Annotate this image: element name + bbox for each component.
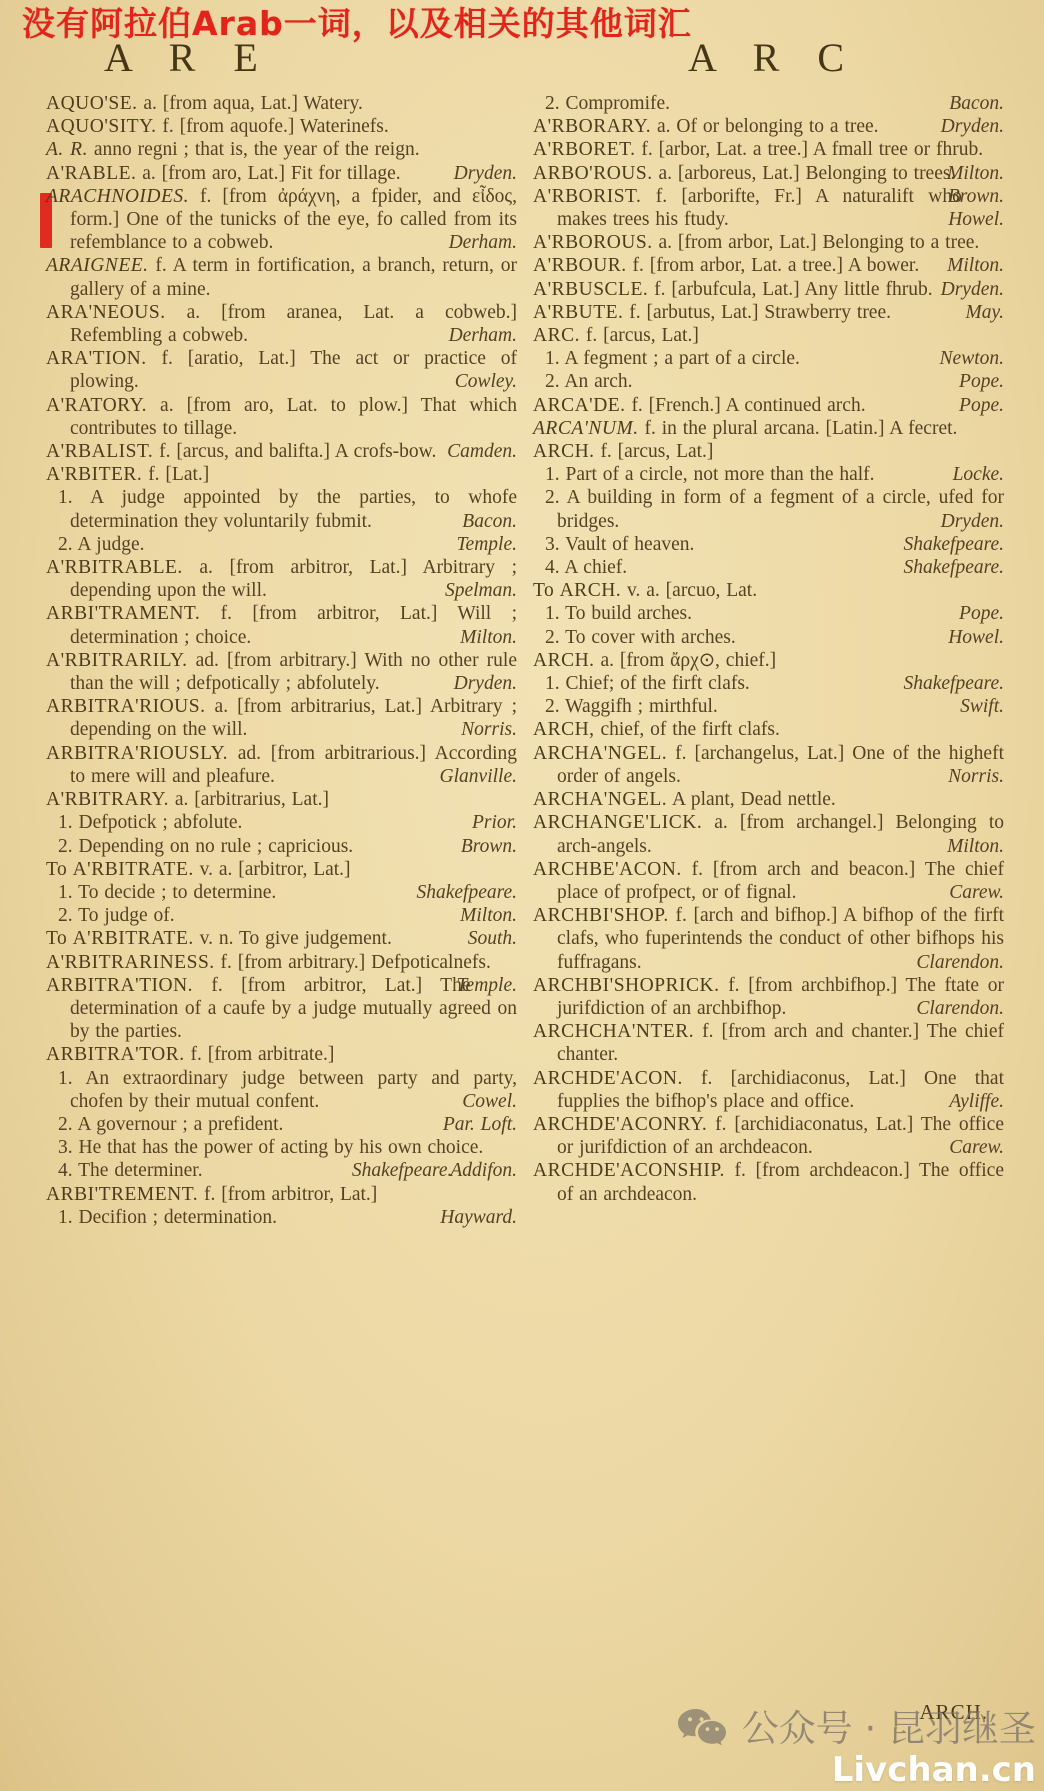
entry-lead: ARCHDE'ACONRY. f. [archidiaconatus, Lat.… [533,1113,1004,1159]
headword: A'RBORIST. [533,186,641,207]
entry-sense: 1. An extraordinary judge between party … [46,1067,517,1113]
headword: A. R. [46,139,88,160]
text-columns: AQUO'SE. a. [from aqua, Lat.] Watery.AQU… [0,92,1044,1229]
entry-lead: ARBITRA'TOR. f. [from arbitrate.] [46,1043,517,1066]
entry-sense: 4. A chief.Shakefpeare. [533,556,1004,579]
entry-lead: A'RBITRABLE. a. [from arbitror, Lat.] Ar… [46,556,517,602]
headword: ARCHBE'ACON. [533,859,682,880]
entry-lead: A'RBUSCLE. f. [arbufcula, Lat.] Any litt… [533,278,1004,301]
author-citation: Milton. [961,162,1004,185]
dictionary-entry: A'RBORIST. f. [arborifte, Fr.] A natural… [533,185,1004,231]
right-column-header: A R C [688,34,858,81]
entry-lead: A'RBOROUS. a. [from arbor, Lat.] Belongi… [533,231,1004,254]
headword: A'RBORARY. [533,116,651,137]
entry-sense: 1. To build arches.Pope. [533,602,1004,625]
dictionary-entry: ARBI'TREMENT. f. [from arbitror, Lat.]1.… [46,1183,517,1229]
entry-sense: 1. A fegment ; a part of a circle.Newton… [533,347,1004,370]
dictionary-entry: ARCHDE'ACON. f. [archidiaconus, Lat.] On… [533,1067,1004,1113]
entry-lead: A'RBORARY. a. Of or belonging to a tree.… [533,115,1004,138]
entry-sense: 2. To judge of.Milton. [46,904,517,927]
author-citation: Par. Loft. [445,1113,517,1136]
headword: A'RABLE. [46,163,136,184]
entry-lead: ARCHA'NGEL. A plant, Dead nettle. [533,788,1004,811]
watermark-account: 公众号 · 昆羽继圣 [742,1710,1036,1749]
entry-lead: A'RATORY. a. [from aro, Lat. to plow.] T… [46,394,517,440]
dictionary-entry: AQUO'SITY. f. [from aquofe.] Waterinefs. [46,115,517,138]
headword: ARCHCHA'NTER. [533,1021,694,1042]
author-citation: Dryden. [955,115,1004,138]
dictionary-entry: To A'RBITRATE. v. n. To give judgement.S… [46,927,517,950]
headword: To ARCH. [533,580,621,601]
author-citation: Dryden. [468,672,517,695]
headword: ARBITRA'RIOUSLY. [46,743,228,764]
dictionary-entry: ARCHA'NGEL. f. [archangelus, Lat.] One o… [533,742,1004,788]
headword: ARCHBI'SHOPRICK. [533,975,720,996]
author-citation: Dryden. [468,162,517,185]
author-citation: Brown. [962,185,1004,208]
dictionary-entry: ARCHDE'ACONRY. f. [archidiaconatus, Lat.… [533,1113,1004,1159]
dictionary-entry: A'RBITRARILY. ad. [from arbitrary.] With… [46,649,517,695]
headword: ARCA'NUM. [533,418,639,439]
entry-lead: ARA'TION. f. [aratio, Lat.] The act or p… [46,347,517,393]
author-citation: Clarendon. [930,951,1004,974]
entry-lead: ARCHDE'ACONSHIP. f. [from archdeacon.] T… [533,1159,1004,1205]
author-citation: Milton. [474,626,517,649]
right-column: 2. Compromife.Bacon.A'RBORARY. a. Of or … [533,92,1004,1229]
dictionary-entry: ARBI'TRAMENT. f. [from arbitror, Lat.] W… [46,602,517,648]
entry-sense: 1. To decide ; to determine.Shakefpeare. [46,881,517,904]
entry-sense: 2. Depending on no rule ; capricious.Bro… [46,835,517,858]
dictionary-entry: ARAIGNEE. f. A term in fortification, a … [46,254,517,300]
entry-lead: A'RBORIST. f. [arborifte, Fr.] A natural… [533,185,1004,231]
dictionary-entry: A'RBUSCLE. f. [arbufcula, Lat.] Any litt… [533,278,1004,301]
headword: A'RBOROUS. [533,232,653,253]
entry-lead: A'RBUTE. f. [arbutus, Lat.] Strawberry t… [533,301,1004,324]
headword: ARCH. [533,441,595,462]
entry-lead: ARCH. f. [arcus, Lat.] [533,440,1004,463]
entry-lead: A'RBITRARINESS. f. [from arbitrary.] Def… [46,951,517,974]
headword: A'RBUTE. [533,302,623,323]
entry-lead: ARCHBI'SHOP. f. [arch and bifhop.] A bif… [533,904,1004,974]
author-citation: Howel. [962,208,1004,231]
dictionary-entry: ARCA'DE. f. [French.] A continued arch.P… [533,394,1004,417]
dictionary-entry: A'RBOROUS. a. [from arbor, Lat.] Belongi… [533,231,1004,254]
dictionary-entry: A'RABLE. a. [from aro, Lat.] Fit for til… [46,162,517,185]
entry-lead: A'RBITER. f. [Lat.] [46,463,517,486]
headword: A'RBITRABLE. [46,557,183,578]
headword: ARAIGNEE. [46,255,149,276]
author-citation: Derham. [463,324,517,347]
entry-lead: To A'RBITRATE. v. a. [arbitror, Lat.] [46,858,517,881]
author-citation: Norris. [962,765,1004,788]
left-column-header: A R E [104,34,272,81]
dictionary-entry: A'RATORY. a. [from aro, Lat. to plow.] T… [46,394,517,440]
author-citation: Pope. [961,602,1004,625]
author-citation: Addifon. [452,1159,517,1182]
dictionary-entry: A'RBUTE. f. [arbutus, Lat.] Strawberry t… [533,301,1004,324]
author-citation: Dryden. [955,278,1004,301]
entry-sense: 2. A governour ; a prefident.Par. Loft. [46,1113,517,1136]
author-citation: Shakefpeare. [418,881,517,904]
author-citation: South. [482,927,517,950]
headword: A'RBUSCLE. [533,279,648,300]
dictionary-entry: ARCHBE'ACON. f. [from arch and beacon.] … [533,858,1004,904]
entry-sense: 1. Defpotick ; abfolute.Prior. [46,811,517,834]
dictionary-entry: ARBITRA'TION. f. [from arbitror, Lat.] T… [46,974,517,1044]
author-citation: Temple. [459,533,518,556]
author-citation: Camden. [461,440,517,463]
author-citation: Norris. [475,718,517,741]
dictionary-entry: A'RBITRABLE. a. [from arbitror, Lat.] Ar… [46,556,517,602]
entry-lead: To A'RBITRATE. v. n. To give judgement.S… [46,927,517,950]
dictionary-entry: ARCA'NUM. f. in the plural arcana. [Lati… [533,417,1004,440]
headword: A'RBOUR. [533,255,627,276]
entry-lead: A'RBITRARY. a. [arbitrarius, Lat.] [46,788,517,811]
entry-lead: ARAIGNEE. f. A term in fortification, a … [46,254,517,300]
entry-lead: ARC. f. [arcus, Lat.] [533,324,1004,347]
author-citation: Shakefpeare. [905,533,1004,556]
entry-lead: ARCHBI'SHOPRICK. f. [from archbifhop.] T… [533,974,1004,1020]
dictionary-entry: ARA'TION. f. [aratio, Lat.] The act or p… [46,347,517,393]
entry-lead: ARCHANGE'LICK. a. [from archangel.] Belo… [533,811,1004,857]
headword: ARBO'ROUS. [533,163,653,184]
dictionary-entry: ARBITRA'RIOUS. a. [from arbitrarius, Lat… [46,695,517,741]
dictionary-entry: To ARCH. v. a. [arcuo, Lat.1. To build a… [533,579,1004,649]
headword: AQUO'SE. [46,93,137,114]
dictionary-entry: ARCHDE'ACONSHIP. f. [from archdeacon.] T… [533,1159,1004,1205]
author-citation: Derham. [463,231,517,254]
author-citation: Carew. [963,881,1004,904]
headword: ARBITRA'TION. [46,975,193,996]
entry-lead: ARBO'ROUS. a. [arboreus, Lat.] Belonging… [533,162,1004,185]
dictionary-entry: ARCHBI'SHOPRICK. f. [from archbifhop.] T… [533,974,1004,1020]
headword: A'RATORY. [46,395,147,416]
entry-lead: AQUO'SITY. f. [from aquofe.] Waterinefs. [46,115,517,138]
author-citation: Bacon. [464,510,517,533]
headword: To A'RBITRATE. [46,928,194,949]
author-citation: Clarendon. [930,997,1004,1020]
headword: ARCA'DE. [533,395,626,416]
entry-sense: 2. Waggifh ; mirthful.Swift. [533,695,1004,718]
entry-lead: A'RABLE. a. [from aro, Lat.] Fit for til… [46,162,517,185]
headword: ARCHA'NGEL. [533,789,667,810]
entry-sense: 1. A judge appointed by the parties, to … [46,486,517,532]
entry-lead: ARBITRA'RIOUSLY. ad. [from arbitrarious.… [46,742,517,788]
headword: ARBITRA'TOR. [46,1044,185,1065]
entry-lead: AQUO'SE. a. [from aqua, Lat.] Watery. [46,92,517,115]
entry-sense: 2. Compromife.Bacon. [533,92,1004,115]
entry-lead: ARCH. a. [from ἄρχ⊙, chief.] [533,649,1004,672]
headword: ARBI'TRAMENT. [46,603,200,624]
author-citation: Swift. [962,695,1004,718]
dictionary-entry: ARBO'ROUS. a. [arboreus, Lat.] Belonging… [533,162,1004,185]
headword: A'RBITRARINESS. [46,952,215,973]
headword: ARCH, [533,719,595,740]
author-citation: Hayward. [442,1206,517,1229]
dictionary-entry: AQUO'SE. a. [from aqua, Lat.] Watery. [46,92,517,115]
entry-sense: 2. To cover with arches.Howel. [533,626,1004,649]
author-citation: Brown. [463,835,517,858]
entry-sense: 1. Chief; of the firft clafs.Shakefpeare… [533,672,1004,695]
author-citation: Spelman. [459,579,517,602]
author-citation: Cowel. [464,1090,517,1113]
headword: A'RBORET. [533,139,635,160]
watermark: 公众号 · 昆羽继圣 Livchan.cn [676,1707,1036,1789]
headword: ARCHA'NGEL. [533,743,667,764]
dictionary-entry: A. R. anno regni ; that is, the year of … [46,138,517,161]
entry-lead: A. R. anno regni ; that is, the year of … [46,138,517,161]
dictionary-entry: A'RBITRARY. a. [arbitrarius, Lat.]1. Def… [46,788,517,858]
dictionary-entry: ARCH, chief, of the firft clafs. [533,718,1004,741]
headword: ARBITRA'RIOUS. [46,696,206,717]
author-citation: Howel. [950,626,1004,649]
dictionary-entry: ARCH. f. [arcus, Lat.]1. Part of a circl… [533,440,1004,579]
author-citation: May. [980,301,1004,324]
author-citation: Shakefpeare. [354,1159,453,1182]
author-citation: Bacon. [951,92,1004,115]
headword: To A'RBITRATE. [46,859,194,880]
headword: A'RBITER. [46,464,142,485]
author-citation: Shakefpeare. [905,672,1004,695]
entry-sense: 2. An arch.Pope. [533,370,1004,393]
author-citation: Locke. [955,463,1004,486]
dictionary-entry: ARCHANGE'LICK. a. [from archangel.] Belo… [533,811,1004,857]
watermark-site: Livchan.cn [676,1753,1036,1789]
entry-sense: 3. Vault of heaven.Shakefpeare. [533,533,1004,556]
headword: ARCHANGE'LICK. [533,812,702,833]
dictionary-page: 没有阿拉伯Arab一词，以及相关的其他词汇 A R E A R C AQUO'S… [0,0,1044,1791]
author-citation: Dryden. [943,510,1004,533]
entry-sense: 1. Decifion ; determination.Hayward. [46,1206,517,1229]
entry-sense: 1. Part of a circle, not more than the h… [533,463,1004,486]
dictionary-entry: A'RBITER. f. [Lat.]1. A judge appointed … [46,463,517,556]
dictionary-entry: A'RBORARY. a. Of or belonging to a tree.… [533,115,1004,138]
dictionary-entry: ARA'NEOUS. a. [from aranea, Lat. a cobwe… [46,301,517,347]
headword: ARCHDE'ACON. [533,1068,683,1089]
author-citation: Pope. [961,370,1004,393]
author-citation: Shakefpeare. [905,556,1004,579]
author-citation: Temple. [471,974,518,997]
entry-lead: ARCH, chief, of the firft clafs. [533,718,1004,741]
dictionary-entry: ARCHCHA'NTER. f. [from arch and chanter.… [533,1020,1004,1066]
entry-lead: ARA'NEOUS. a. [from aranea, Lat. a cobwe… [46,301,517,347]
headword: ARCHBI'SHOP. [533,905,669,926]
wechat-icon [676,1707,728,1751]
entry-lead: ARCHBE'ACON. f. [from arch and beacon.] … [533,858,1004,904]
entry-lead: ARBITRA'TION. f. [from arbitror, Lat.] T… [46,974,517,1044]
dictionary-entry: A'RBOUR. f. [from arbor, Lat. a tree.] A… [533,254,1004,277]
dictionary-entry: ARC. f. [arcus, Lat.]1. A fegment ; a pa… [533,324,1004,394]
entry-sense: 2. A building in form of a fegment of a … [533,486,1004,532]
dictionary-entry: To A'RBITRATE. v. a. [arbitror, Lat.]1. … [46,858,517,928]
left-column: AQUO'SE. a. [from aqua, Lat.] Watery.AQU… [46,92,517,1229]
headword: ARCH. [533,650,595,671]
headword: ARA'NEOUS. [46,302,166,323]
dictionary-entry: ARCHBI'SHOP. f. [arch and bifhop.] A bif… [533,904,1004,974]
entry-lead: ARBI'TREMENT. f. [from arbitror, Lat.] [46,1183,517,1206]
dictionary-entry: ARBITRA'TOR. f. [from arbitrate.]1. An e… [46,1043,517,1182]
author-citation: Newton. [942,347,1004,370]
entry-lead: ARBITRA'RIOUS. a. [from arbitrarius, Lat… [46,695,517,741]
entry-lead: ARCHA'NGEL. f. [archangelus, Lat.] One o… [533,742,1004,788]
dictionary-entry: A'RBITRARINESS. f. [from arbitrary.] Def… [46,951,517,974]
headword: ARACHNOIDES. [46,186,189,207]
author-citation: Cowley. [469,370,517,393]
entry-lead: ARCHDE'ACON. f. [archidiaconus, Lat.] On… [533,1067,1004,1113]
entry-lead: ARCA'NUM. f. in the plural arcana. [Lati… [533,417,1004,440]
author-citation: Milton. [961,835,1004,858]
author-citation: Milton. [462,904,517,927]
headword: AQUO'SITY. [46,116,157,137]
author-citation: Pope. [973,394,1004,417]
entry-sense: 4. The determiner.Shakefpeare. [46,1159,517,1182]
entry-lead: A'RBITRARILY. ad. [from arbitrary.] With… [46,649,517,695]
headword: ARC. [533,325,580,346]
author-citation: Ayliffe. [963,1090,1004,1113]
entry-sense: 2. A judge.Temple. [46,533,517,556]
headword: ARCHDE'ACONRY. [533,1114,707,1135]
dictionary-entry: ARACHNOIDES. f. [from ἀράχνη, a fpider, … [46,185,517,255]
entry-lead: To ARCH. v. a. [arcuo, Lat. [533,579,1004,602]
entry-lead: ARCHCHA'NTER. f. [from arch and chanter.… [533,1020,1004,1066]
entry-lead: A'RBORET. f. [arbor, Lat. a tree.] A fma… [533,138,1004,161]
author-citation: Prior. [474,811,517,834]
entry-lead: ARCA'DE. f. [French.] A continued arch.P… [533,394,1004,417]
dictionary-entry: A'RBORET. f. [arbor, Lat. a tree.] A fma… [533,138,1004,161]
headword: A'RBITRARY. [46,789,169,810]
entry-sense: 3. He that has the power of acting by hi… [46,1136,517,1159]
entry-lead: ARBI'TRAMENT. f. [from arbitror, Lat.] W… [46,602,517,648]
entry-lead: A'RBOUR. f. [from arbor, Lat. a tree.] A… [533,254,1004,277]
headword: A'RBALIST. [46,441,153,462]
headword: ARCHDE'ACONSHIP. [533,1160,725,1181]
headword: ARA'TION. [46,348,147,369]
entry-lead: A'RBALIST. f. [arcus, and balifta.] A cr… [46,440,517,463]
headword: ARBI'TREMENT. [46,1184,198,1205]
dictionary-entry: ARCH. a. [from ἄρχ⊙, chief.]1. Chief; of… [533,649,1004,719]
dictionary-entry: ARBITRA'RIOUSLY. ad. [from arbitrarious.… [46,742,517,788]
dictionary-entry: ARCHA'NGEL. A plant, Dead nettle. [533,788,1004,811]
entry-lead: ARACHNOIDES. f. [from ἀράχνη, a fpider, … [46,185,517,255]
author-citation: Glanville. [454,765,517,788]
author-citation: Carew. [963,1136,1004,1159]
author-citation: Milton. [961,254,1004,277]
dictionary-entry: 2. Compromife.Bacon. [533,92,1004,115]
headword: A'RBITRARILY. [46,650,188,671]
dictionary-entry: A'RBALIST. f. [arcus, and balifta.] A cr… [46,440,517,463]
